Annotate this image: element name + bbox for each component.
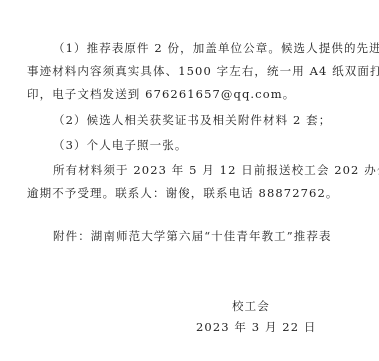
attachment-line: 附件：湖南师范大学第六届“十佳青年教工”推荐表: [53, 229, 379, 243]
item-1-line-3: 印，电子文档发送到 676261657@qq.com。: [27, 87, 357, 101]
item-1-line-1: （1）推荐表原件 2 份，加盖单位公章。候选人提供的先进: [53, 41, 379, 55]
signature-date: 2023 年 3 月 22 日: [196, 320, 379, 334]
item-1-line-2: 事迹材料内容须真实具体、1500 字左右，统一用 A4 纸双面打: [27, 64, 357, 78]
signature-organization: 校工会: [232, 299, 379, 313]
item-2: （2）候选人相关获奖证书及相关附件材料 2 套；: [53, 113, 379, 127]
deadline-line-1: 所有材料须于 2023 年 5 月 12 日前报送校工会 202 办公室，: [53, 163, 379, 177]
item-3: （3）个人电子照一张。: [53, 138, 379, 152]
deadline-line-2: 逾期不予受理。联系人：谢俊，联系电话 88872762。: [27, 186, 357, 200]
